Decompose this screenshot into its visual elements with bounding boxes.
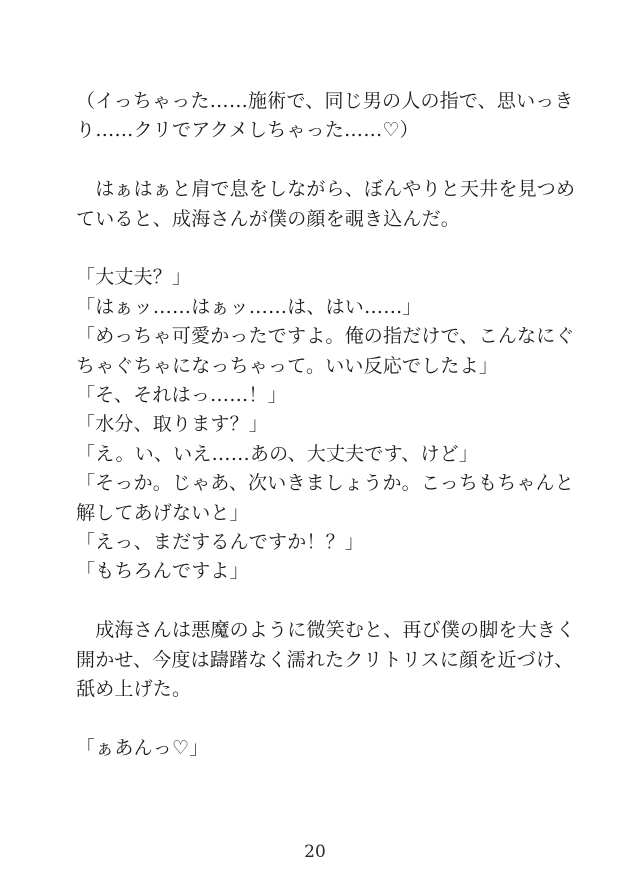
text-line-blank <box>76 234 616 263</box>
text-line: 「そ、それはっ……！」 <box>76 381 616 410</box>
text-line: 「はぁッ……はぁッ……は、はい……」 <box>76 293 616 322</box>
text-line: 「水分、取ります？」 <box>76 410 616 439</box>
text-line: 「ぁあんっ♡」 <box>76 734 616 763</box>
text-line: ていると、成海さんが僕の顔を覗き込んだ。 <box>76 205 616 234</box>
text-line: （イっちゃった……施術で、同じ男の人の指で、思いっき <box>76 87 616 116</box>
text-line-blank <box>76 587 616 616</box>
text-line: 「めっちゃ可愛かったですよ。俺の指だけで、こんなにぐ <box>76 322 616 351</box>
text-line: 「もちろんですよ」 <box>76 557 616 586</box>
text-line: 解してあげないと」 <box>76 499 616 528</box>
text-line: はぁはぁと肩で息をしながら、ぼんやりと天井を見つめ <box>76 175 616 204</box>
document-page: （イっちゃった……施術で、同じ男の人の指で、思いっき り……クリでアクメしちゃっ… <box>0 0 630 888</box>
text-line: 「大丈夫？」 <box>76 263 616 292</box>
text-line: 「えっ、まだするんですか！？」 <box>76 528 616 557</box>
text-line-blank <box>76 704 616 733</box>
text-line: 舐め上げた。 <box>76 675 616 704</box>
text-line: 「そっか。じゃあ、次いきましょうか。こっちもちゃんと <box>76 469 616 498</box>
text-line: ちゃぐちゃになっちゃって。いい反応でしたよ」 <box>76 352 616 381</box>
text-line: 成海さんは悪魔のように微笑むと、再び僕の脚を大きく <box>76 616 616 645</box>
text-line: 「え。い、いえ……あの、大丈夫です、けど」 <box>76 440 616 469</box>
body-text: （イっちゃった……施術で、同じ男の人の指で、思いっき り……クリでアクメしちゃっ… <box>76 87 616 763</box>
text-line: 開かせ、今度は躊躇なく濡れたクリトリスに顔を近づけ、 <box>76 646 616 675</box>
text-line: り……クリでアクメしちゃった……♡） <box>76 116 616 145</box>
text-line-blank <box>76 146 616 175</box>
page-number: 20 <box>0 841 630 863</box>
